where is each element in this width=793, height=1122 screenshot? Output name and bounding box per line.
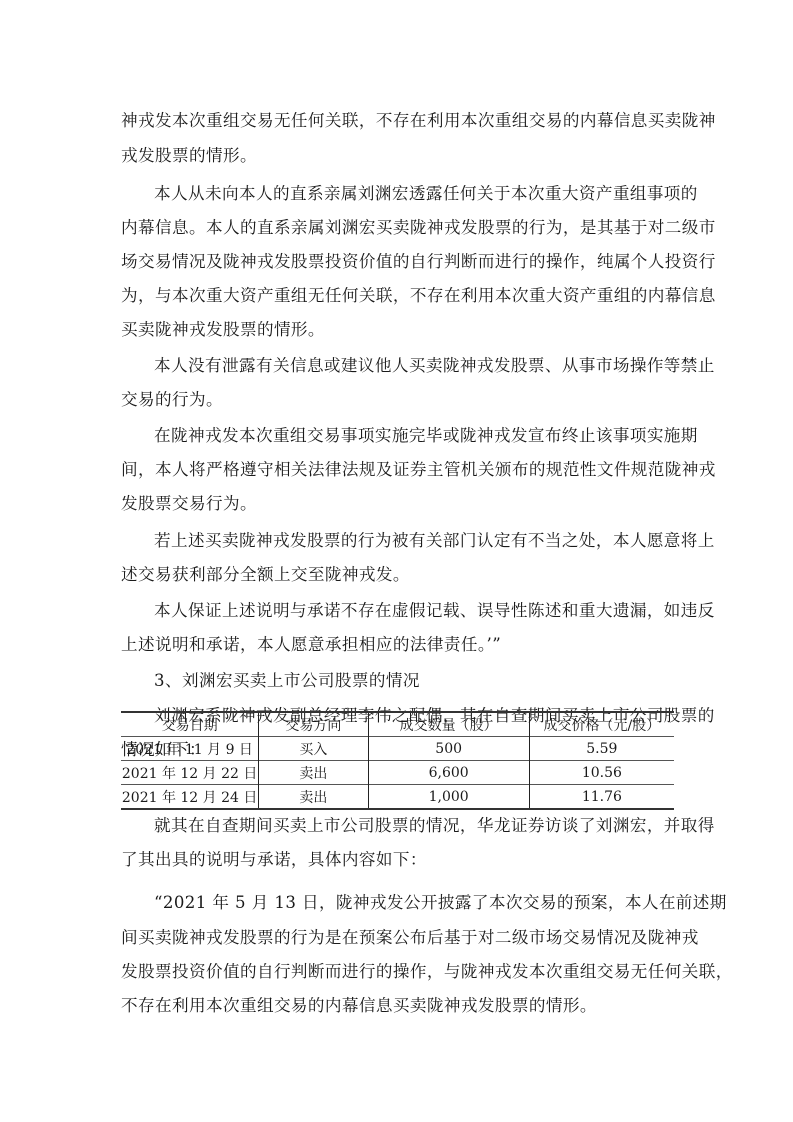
cell-direction: 买入 <box>259 737 368 761</box>
cell-quantity: 1,000 <box>368 785 529 810</box>
text-line: 发股票交易行为。 <box>121 494 257 514</box>
text-line: 就其在自查期间买卖上市公司股票的情况，华龙证券访谈了刘渊宏，并取得 <box>121 816 674 836</box>
text-line: 了其出具的说明与承诺，具体内容如下： <box>121 850 427 870</box>
text-line: 戎发股票的情形。 <box>121 146 257 166</box>
cell-price: 5.59 <box>529 737 674 761</box>
table-row: 2021 年 12 月 22 日 卖出 6,600 10.56 <box>121 761 674 785</box>
cell-quantity: 6,600 <box>368 761 529 785</box>
table-header-row: 交易日期 交易方向 成交数量（股） 成交价格（元/股） <box>121 712 674 737</box>
cell-direction: 卖出 <box>259 761 368 785</box>
text-line: “2021 年 5 月 13 日，陇神戎发公开披露了本次交易的预案，本人在前述期 <box>121 893 674 913</box>
text-line: 3、刘渊宏买卖上市公司股票的情况 <box>121 671 420 691</box>
header-trade-price: 成交价格（元/股） <box>529 712 674 737</box>
text-line: 上述说明和承诺，本人愿意承担相应的法律责任。’” <box>121 635 501 655</box>
table-row: 2021 年 11 月 9 日 买入 500 5.59 <box>121 737 674 761</box>
text-line: 场交易情况及陇神戎发股票投资价值的自行判断而进行的操作，纯属个人投资行 <box>121 252 674 272</box>
stock-trades-table: 交易日期 交易方向 成交数量（股） 成交价格（元/股） 2021 年 11 月 … <box>121 711 674 810</box>
header-trade-quantity: 成交数量（股） <box>368 712 529 737</box>
text-line: 发股票投资价值的自行判断而进行的操作，与陇神戎发本次重组交易无任何关联， <box>121 962 674 982</box>
text-line: 不存在利用本次重组交易的内幕信息买卖陇神戎发股票的情形。 <box>121 996 597 1016</box>
text-line: 若上述买卖陇神戎发股票的行为被有关部门认定有不当之处，本人愿意将上 <box>121 531 674 551</box>
cell-price: 10.56 <box>529 761 674 785</box>
text-line: 内幕信息。本人的直系亲属刘渊宏买卖陇神戎发股票的行为，是其基于对二级市 <box>121 218 674 238</box>
cell-date: 2021 年 11 月 9 日 <box>121 737 259 761</box>
text-line: 交易的行为。 <box>121 390 223 410</box>
text-line: 在陇神戎发本次重组交易事项实施完毕或陇神戎发宣布终止该事项实施期 <box>121 426 674 446</box>
text-line: 为，与本次重大资产重组无任何关联，不存在利用本次重大资产重组的内幕信息 <box>121 286 674 306</box>
text-line: 买卖陇神戎发股票的情形。 <box>121 320 325 340</box>
text-line: 述交易获利部分全额上交至陇神戎发。 <box>121 565 410 585</box>
table-row: 2021 年 12 月 24 日 卖出 1,000 11.76 <box>121 785 674 810</box>
cell-direction: 卖出 <box>259 785 368 810</box>
text-line: 间买卖陇神戎发股票的行为是在预案公布后基于对二级市场交易情况及陇神戎 <box>121 928 674 948</box>
text-line: 神戎发本次重组交易无任何关联，不存在利用本次重组交易的内幕信息买卖陇神 <box>121 111 674 131</box>
text-line: 本人从未向本人的直系亲属刘渊宏透露任何关于本次重大资产重组事项的 <box>121 184 674 204</box>
cell-date: 2021 年 12 月 24 日 <box>121 785 259 810</box>
cell-quantity: 500 <box>368 737 529 761</box>
header-trade-date: 交易日期 <box>121 712 259 737</box>
text-line: 间，本人将严格遵守相关法律法规及证券主管机关颁布的规范性文件规范陇神戎 <box>121 460 674 480</box>
cell-price: 11.76 <box>529 785 674 810</box>
header-trade-direction: 交易方向 <box>259 712 368 737</box>
text-line: 本人保证上述说明与承诺不存在虚假记载、误导性陈述和重大遗漏，如违反 <box>121 601 674 621</box>
text-line: 本人没有泄露有关信息或建议他人买卖陇神戎发股票、从事市场操作等禁止 <box>121 356 674 376</box>
cell-date: 2021 年 12 月 22 日 <box>121 761 259 785</box>
